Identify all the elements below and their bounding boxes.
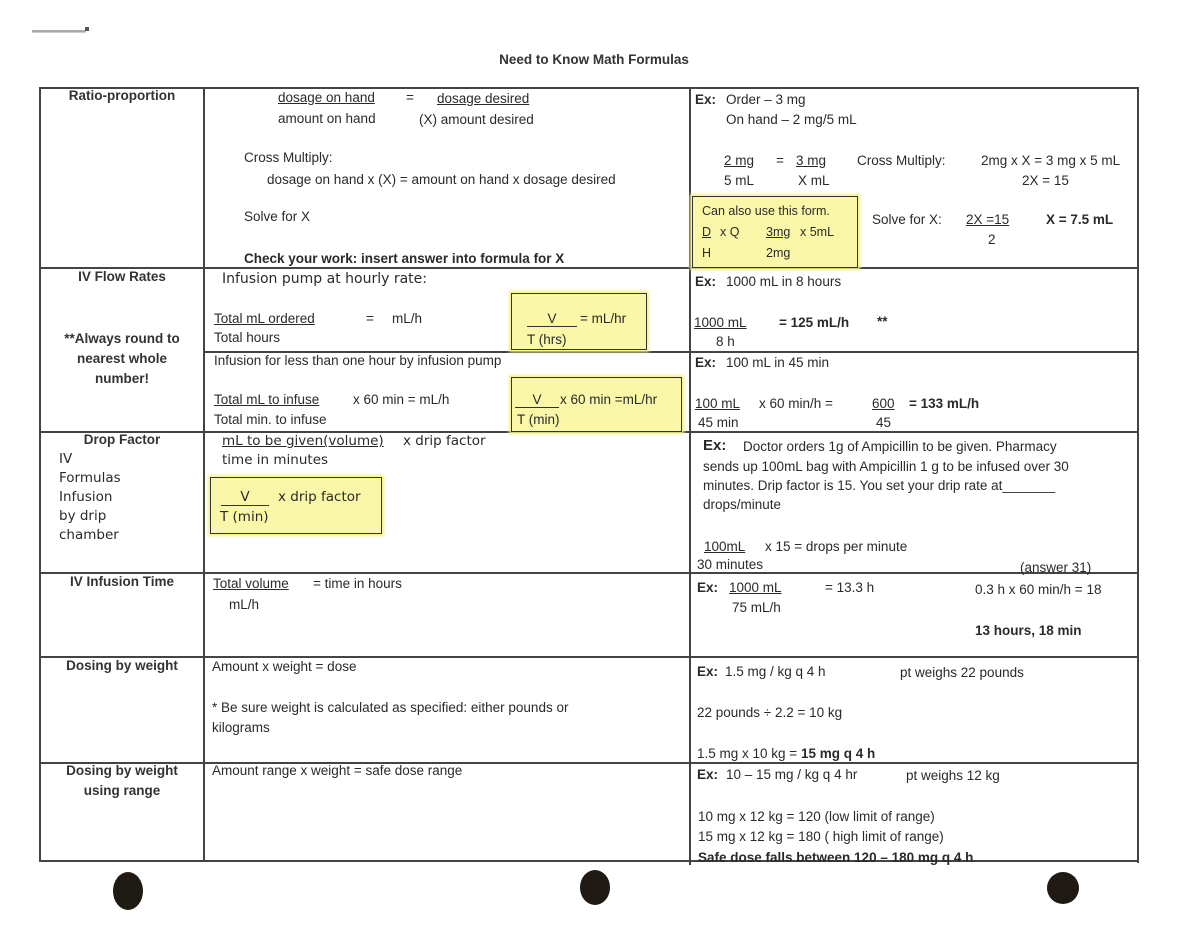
example-text: **	[877, 314, 888, 329]
example-text: sends up 100mL bag with Ampicillin 1 g t…	[703, 459, 1069, 474]
example-label: Ex:	[695, 355, 716, 370]
example-text: =	[776, 153, 784, 168]
formula-text: dosage on hand x (X) = amount on hand x …	[267, 172, 616, 187]
formula-title: Infusion pump at hourly rate:	[222, 271, 427, 287]
drop-sublabel: by drip	[59, 508, 106, 524]
formula-note: kilograms	[212, 720, 270, 735]
example-text: 2 mg	[724, 153, 754, 168]
row-label-range: Dosing by weight using range	[41, 761, 203, 801]
alt-form-text: Can also use this form.	[702, 204, 830, 218]
example-text: 8 h	[716, 334, 735, 349]
example-text: 1.5 mg x 10 kg = 15 mg q 4 h	[697, 746, 875, 761]
formula-text: V	[515, 392, 559, 408]
row-label-line: using range	[41, 781, 203, 801]
drop-sublabel: Formulas	[59, 470, 121, 486]
example-text: 1.5 mg / kg q 4 h	[725, 664, 826, 679]
formula-text: Cross Multiply:	[244, 150, 333, 165]
table-border-right	[1137, 87, 1139, 863]
formula-text: Check your work: insert answer into form…	[244, 251, 564, 266]
row-label-drop: Drop Factor	[41, 432, 203, 447]
alt-form-text: 2mg	[766, 246, 790, 260]
example-text: = 13.3 h	[825, 580, 874, 595]
formula-text: dosage on hand	[278, 90, 375, 105]
example-text: 100mL	[704, 539, 745, 554]
formula-text: T (hrs)	[527, 332, 567, 347]
formula-text: dosage desired	[437, 91, 529, 106]
drop-sublabel: chamber	[59, 527, 119, 543]
example-text: pt weighs 22 pounds	[900, 665, 1024, 680]
example-text: minutes. Drip factor is 15. You set your…	[703, 478, 1055, 493]
example-text: 100 mL in 45 min	[726, 355, 829, 370]
example-answer: Safe dose falls between 120 – 180 mg q 4…	[698, 850, 973, 865]
table-border-left	[39, 87, 41, 861]
row-divider	[39, 762, 1139, 764]
example-label: Ex:	[697, 664, 718, 679]
row-divider	[39, 267, 1139, 269]
formula-text: V	[527, 311, 577, 327]
example-text: Doctor orders 1g of Ampicillin to be giv…	[743, 439, 1057, 454]
formula-text: T (min)	[517, 412, 560, 427]
formula-text: Amount range x weight = safe dose range	[212, 763, 462, 778]
example-answer: 15 mg q 4 h	[801, 746, 875, 761]
row-label-line: Dosing by weight	[41, 761, 203, 781]
formula-text: Total mL ordered	[214, 311, 315, 326]
drop-sublabel: Infusion	[59, 489, 112, 505]
binder-hole-center	[580, 870, 610, 905]
formula-text: mL/h	[229, 597, 259, 612]
example-answer: X = 7.5 mL	[1046, 212, 1113, 227]
row-divider	[39, 656, 1139, 658]
formula-text: Solve for X	[244, 209, 310, 224]
formula-text: x drip factor	[278, 489, 361, 505]
example-text: 1000 mL	[729, 580, 782, 595]
example-text: 2X =15	[966, 212, 1009, 227]
row-label-flow: IV Flow Rates	[41, 269, 203, 284]
example-text: 100 mL	[695, 396, 740, 411]
example-text: 45	[876, 415, 891, 430]
row-label-time: IV Infusion Time	[41, 574, 203, 589]
formula-text: x 60 min =mL/hr	[560, 392, 657, 407]
example-text: On hand – 2 mg/5 mL	[726, 112, 857, 127]
formula-text: mL to be given(volume)	[222, 433, 384, 449]
example-text: 3 mg	[796, 153, 826, 168]
example-text: 10 – 15 mg / kg q 4 hr	[726, 767, 857, 782]
formula-text: amount on hand	[278, 111, 376, 126]
row-divider	[39, 572, 1139, 574]
formula-text: x 60 min = mL/h	[353, 392, 449, 407]
example-text: 2mg x X = 3 mg x 5 mL	[981, 153, 1120, 168]
example-label: Ex:	[697, 580, 718, 595]
row-label-weight: Dosing by weight	[41, 658, 203, 673]
alt-form-text: 3mg	[766, 225, 790, 239]
formula-text: mL/h	[392, 311, 422, 326]
example-answer: = 133 mL/h	[909, 396, 979, 411]
example-text: 1.5 mg x 10 kg =	[697, 746, 801, 761]
page-title: Need to Know Math Formulas	[0, 52, 1188, 67]
alt-form-text: H	[702, 246, 711, 260]
example-text: 45 min	[698, 415, 739, 430]
formula-text: = time in hours	[313, 576, 402, 591]
example-text: 1000 mL	[694, 315, 747, 330]
example-text: drops/minute	[703, 497, 781, 512]
example-text: x 15 = drops per minute	[765, 539, 907, 554]
alt-form-text: D	[702, 225, 711, 239]
example-label: Ex:	[695, 274, 716, 289]
example-label: Ex:	[697, 767, 718, 782]
formula-text: Total hours	[214, 330, 280, 345]
formula-text: =	[366, 311, 374, 326]
rounding-note: **Always round to nearest whole number!	[52, 329, 192, 389]
example-text: x 60 min/h =	[759, 396, 833, 411]
example-answer: (answer 31)	[1020, 560, 1091, 575]
example-text: Order – 3 mg	[726, 92, 806, 107]
page-mark	[32, 30, 86, 33]
formula-text: Total min. to infuse	[214, 412, 327, 427]
formula-text: T (min)	[220, 509, 269, 525]
formula-text: Amount x weight = dose	[212, 659, 356, 674]
formula-text: V	[221, 489, 269, 506]
example-text: 2	[988, 232, 996, 247]
example-text: X mL	[798, 173, 830, 188]
col-divider-2	[689, 87, 691, 865]
formula-text: Total volume	[213, 576, 289, 591]
example-text: 600	[872, 396, 895, 411]
example-label: Ex:	[703, 437, 726, 454]
example-text: pt weighs 12 kg	[906, 768, 1000, 783]
example-answer: 13 hours, 18 min	[975, 623, 1082, 638]
formula-text: = mL/hr	[580, 311, 626, 326]
formula-text: time in minutes	[222, 452, 328, 468]
formula-title: Infusion for less than one hour by infus…	[214, 353, 501, 368]
example-text: 0.3 h x 60 min/h = 18	[975, 582, 1101, 597]
example-text: 1000 mL in 8 hours	[726, 274, 841, 289]
example-text: 5 mL	[724, 173, 754, 188]
example-text: 30 minutes	[697, 557, 763, 572]
formula-text: Total mL to infuse	[214, 392, 319, 407]
table-border-top	[39, 87, 1139, 89]
example-text: 75 mL/h	[732, 600, 781, 615]
alt-form-text: x Q	[720, 225, 739, 239]
example-answer: = 125 mL/h	[779, 315, 849, 330]
example-text: Solve for X:	[872, 212, 942, 227]
formula-text: x drip factor	[403, 433, 486, 449]
example-text: Cross Multiply:	[857, 153, 946, 168]
example-text: 15 mg x 12 kg = 180 ( high limit of rang…	[698, 829, 944, 844]
example-label: Ex:	[695, 92, 716, 107]
example-text: 10 mg x 12 kg = 120 (low limit of range)	[698, 809, 935, 824]
table-border-bottom	[39, 860, 1139, 862]
formula-text: =	[406, 90, 414, 105]
alt-form-text: x 5mL	[800, 225, 834, 239]
drop-sublabel: IV	[59, 451, 72, 467]
binder-hole-left	[113, 872, 143, 910]
col-divider-1	[203, 87, 205, 861]
example-text: 2X = 15	[1022, 173, 1069, 188]
row-label-ratio: Ratio-proportion	[41, 88, 203, 103]
formula-text: (X) amount desired	[419, 112, 534, 127]
formula-note: * Be sure weight is calculated as specif…	[212, 700, 568, 715]
binder-hole-right	[1047, 872, 1079, 904]
example-text: 22 pounds ÷ 2.2 = 10 kg	[697, 705, 842, 720]
